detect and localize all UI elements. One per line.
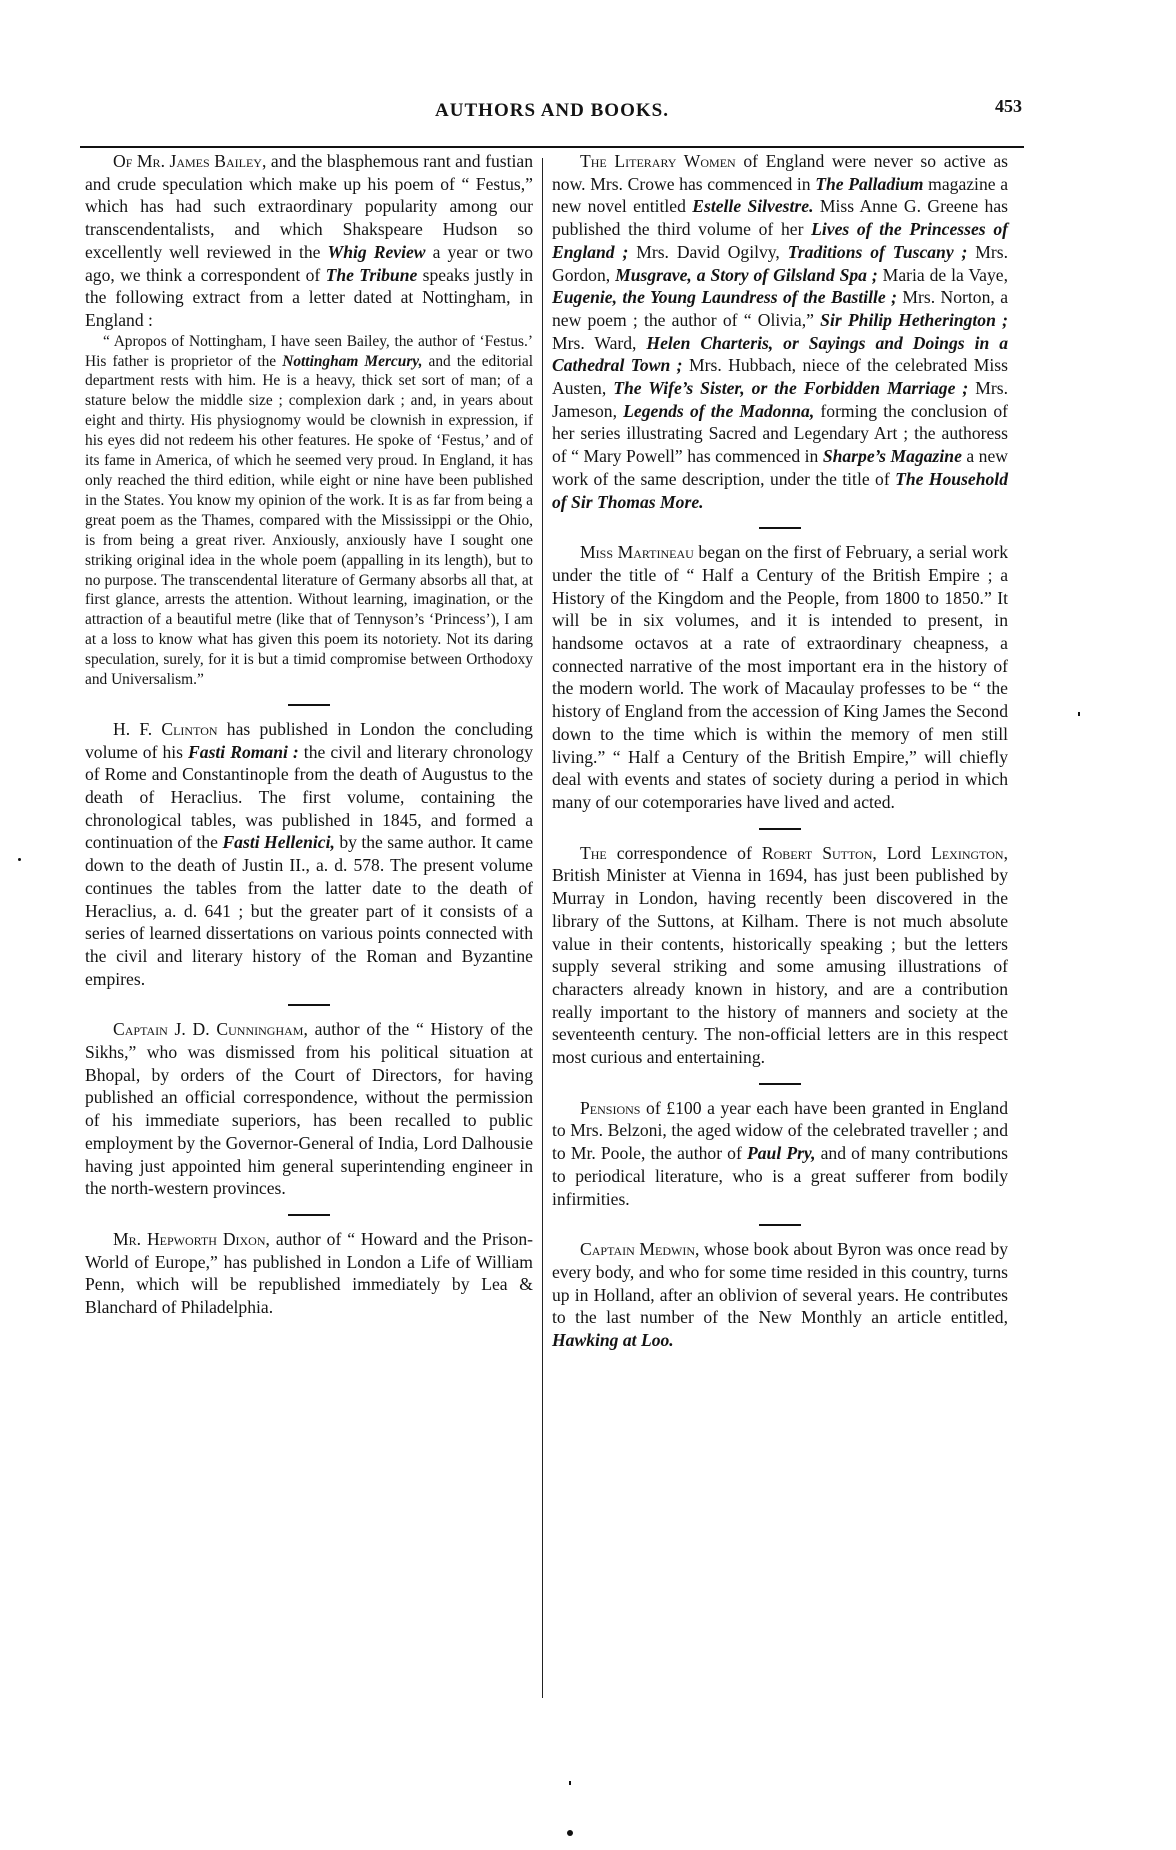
lead-in: H. F. Clinton <box>113 719 218 739</box>
scan-speck <box>18 858 21 861</box>
right-column: The Literary Women of England were never… <box>552 150 1008 1352</box>
column-divider <box>542 158 543 1698</box>
paragraph: The Literary Women of England were never… <box>552 150 1008 513</box>
title-italic: The Palladium <box>815 174 923 194</box>
article-clinton: H. F. Clinton has published in London th… <box>85 718 533 990</box>
paragraph: H. F. Clinton has published in London th… <box>85 718 533 990</box>
scan-speck <box>1078 712 1080 716</box>
article-sutton: The correspondence of Robert Sutton, Lor… <box>552 842 1008 1069</box>
lead-in: The <box>580 843 607 863</box>
lead-in: Mr. Hepworth Dixon, <box>113 1229 270 1249</box>
header-rule <box>80 146 1024 148</box>
article-medwin: Captain Medwin, whose book about Byron w… <box>552 1238 1008 1352</box>
paragraph: Mr. Hepworth Dixon, author of “ Howard a… <box>85 1228 533 1319</box>
title-italic: Sir Philip Hetherington ; <box>820 310 1008 330</box>
section-separator <box>288 704 330 706</box>
paragraph: Captain J. D. Cunningham, author of the … <box>85 1018 533 1200</box>
name-small-caps: Lexington, <box>931 843 1008 863</box>
title-italic: Fasti Hellenici, <box>222 832 334 852</box>
article-pensions: Pensions of £100 a year each have been g… <box>552 1097 1008 1211</box>
section-separator <box>288 1004 330 1006</box>
lead-in: Pensions <box>580 1098 640 1118</box>
section-separator <box>288 1214 330 1216</box>
page-number: 453 <box>995 96 1022 117</box>
section-separator <box>759 828 801 830</box>
title-italic: Sharpe’s Magazine <box>823 446 962 466</box>
article-dixon: Mr. Hepworth Dixon, author of “ Howard a… <box>85 1228 533 1319</box>
title-italic: The Tribune <box>326 265 418 285</box>
section-separator <box>759 527 801 529</box>
document-page: AUTHORS AND BOOKS. 453 Of Mr. James Bail… <box>0 0 1176 1850</box>
left-column: Of Mr. James Bailey, and the blasphemous… <box>85 150 533 1319</box>
lead-in: Of Mr. James Bailey, <box>113 151 266 171</box>
title-italic: Traditions of Tuscany ; <box>788 242 968 262</box>
paragraph: Captain Medwin, whose book about Byron w… <box>552 1238 1008 1352</box>
title-italic: Whig Review <box>328 242 426 262</box>
lead-in: The Literary Women <box>580 151 736 171</box>
paragraph: Pensions of £100 a year each have been g… <box>552 1097 1008 1211</box>
paragraph: Of Mr. James Bailey, and the blasphemous… <box>85 150 533 332</box>
title-italic: Fasti Romani : <box>188 742 299 762</box>
block-quote: “ Apropos of Nottingham, I have seen Bai… <box>85 332 533 690</box>
title-italic: Estelle Silvestre. <box>692 196 813 216</box>
section-separator <box>759 1083 801 1085</box>
title-italic: The Wife’s Sister, or the Forbidden Marr… <box>613 378 968 398</box>
article-bailey: Of Mr. James Bailey, and the blasphemous… <box>85 150 533 690</box>
running-title: AUTHORS AND BOOKS. <box>82 100 1022 122</box>
scan-speck <box>569 1781 571 1785</box>
title-italic: Hawking at Loo. <box>552 1330 674 1350</box>
paragraph: The correspondence of Robert Sutton, Lor… <box>552 842 1008 1069</box>
title-italic: Legends of the Madonna, <box>623 401 814 421</box>
article-cunningham: Captain J. D. Cunningham, author of the … <box>85 1018 533 1200</box>
title-italic: Nottingham Mercury, <box>282 353 422 370</box>
title-italic: Eugenie, the Young Laundress of the Bast… <box>552 287 897 307</box>
article-martineau: Miss Martineau began on the first of Feb… <box>552 541 1008 813</box>
lead-in: Captain J. D. Cunningham, <box>113 1019 308 1039</box>
article-literary-women: The Literary Women of England were never… <box>552 150 1008 513</box>
lead-in: Miss Martineau <box>580 542 694 562</box>
title-italic: Paul Pry, <box>747 1143 816 1163</box>
section-separator <box>759 1224 801 1226</box>
lead-in: Captain Medwin, <box>580 1239 699 1259</box>
scan-speck <box>567 1830 573 1836</box>
running-head: AUTHORS AND BOOKS. 453 <box>82 100 1022 130</box>
title-italic: Musgrave, a Story of Gilsland Spa ; <box>615 265 878 285</box>
paragraph: Miss Martineau began on the first of Feb… <box>552 541 1008 813</box>
name-small-caps: Robert Sutton, <box>762 843 877 863</box>
